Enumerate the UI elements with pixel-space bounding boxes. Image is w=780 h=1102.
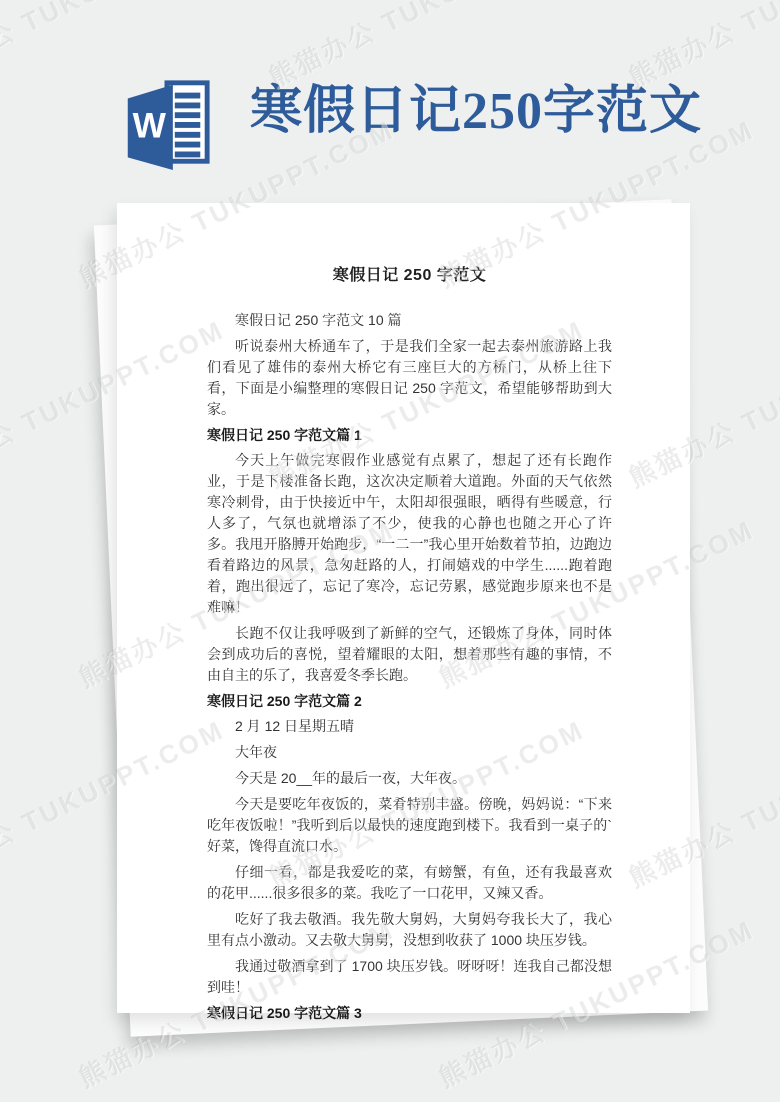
doc-heading: 寒假日记 250 字范文篇 3 [207,1003,612,1024]
doc-paragraph: 今天是 20__年的最后一夜，大年夜。 [207,768,612,789]
doc-paragraph: 2 月 12 日星期五晴 [207,716,612,737]
paper-sheet: 寒假日记 250 字范文 寒假日记 250 字范文 10 篇听说泰州大桥通车了，… [117,203,690,1013]
doc-paragraph: 长跑不仅让我呼吸到了新鲜的空气，还锻炼了身体，同时体会到成功后的喜悦，望着耀眼的… [207,623,612,686]
doc-heading: 寒假日记 250 字范文篇 2 [207,691,612,712]
word-icon: W [116,74,214,174]
document-title: 寒假日记 250 字范文 [207,265,612,286]
document-content: 寒假日记 250 字范文 寒假日记 250 字范文 10 篇听说泰州大桥通车了，… [117,203,690,1013]
page: W 寒假日记250字范文 寒假日记 250 字范文 寒假日记 250 字范文 1… [0,0,780,1102]
svg-text:W: W [133,107,167,146]
doc-paragraph: 听说泰州大桥通车了，于是我们全家一起去泰州旅游路上我们看见了雄伟的泰州大桥它有三… [207,336,612,420]
page-title: 寒假日记250字范文 [250,80,730,144]
doc-paragraph: 今天上午做完寒假作业感觉有点累了，想起了还有长跑作业，于是下楼准备长跑，这次决定… [207,450,612,618]
header: W 寒假日记250字范文 [0,0,780,200]
doc-paragraph: 寒假日记 250 字范文 10 篇 [207,310,612,331]
doc-paragraph: 我通过敬酒拿到了 1700 块压岁钱。呀呀呀！连我自己都没想到哇！ [207,956,612,998]
doc-paragraph: 仔细一看，都是我爱吃的菜，有螃蟹，有鱼，还有我最喜欢的花甲......很多很多的… [207,862,612,904]
doc-paragraph: 吃好了我去敬酒。我先敬大舅妈，大舅妈夸我长大了，我心里有点小激动。又去敬大舅舅，… [207,909,612,951]
doc-paragraph: 大年夜 [207,742,612,763]
doc-heading: 寒假日记 250 字范文篇 1 [207,425,612,446]
document-body: 寒假日记 250 字范文 10 篇听说泰州大桥通车了，于是我们全家一起去泰州旅游… [207,310,612,1024]
doc-paragraph: 今天是要吃年夜饭的，菜肴特别丰盛。傍晚，妈妈说：“下来吃年夜饭啦！”我听到后以最… [207,794,612,857]
